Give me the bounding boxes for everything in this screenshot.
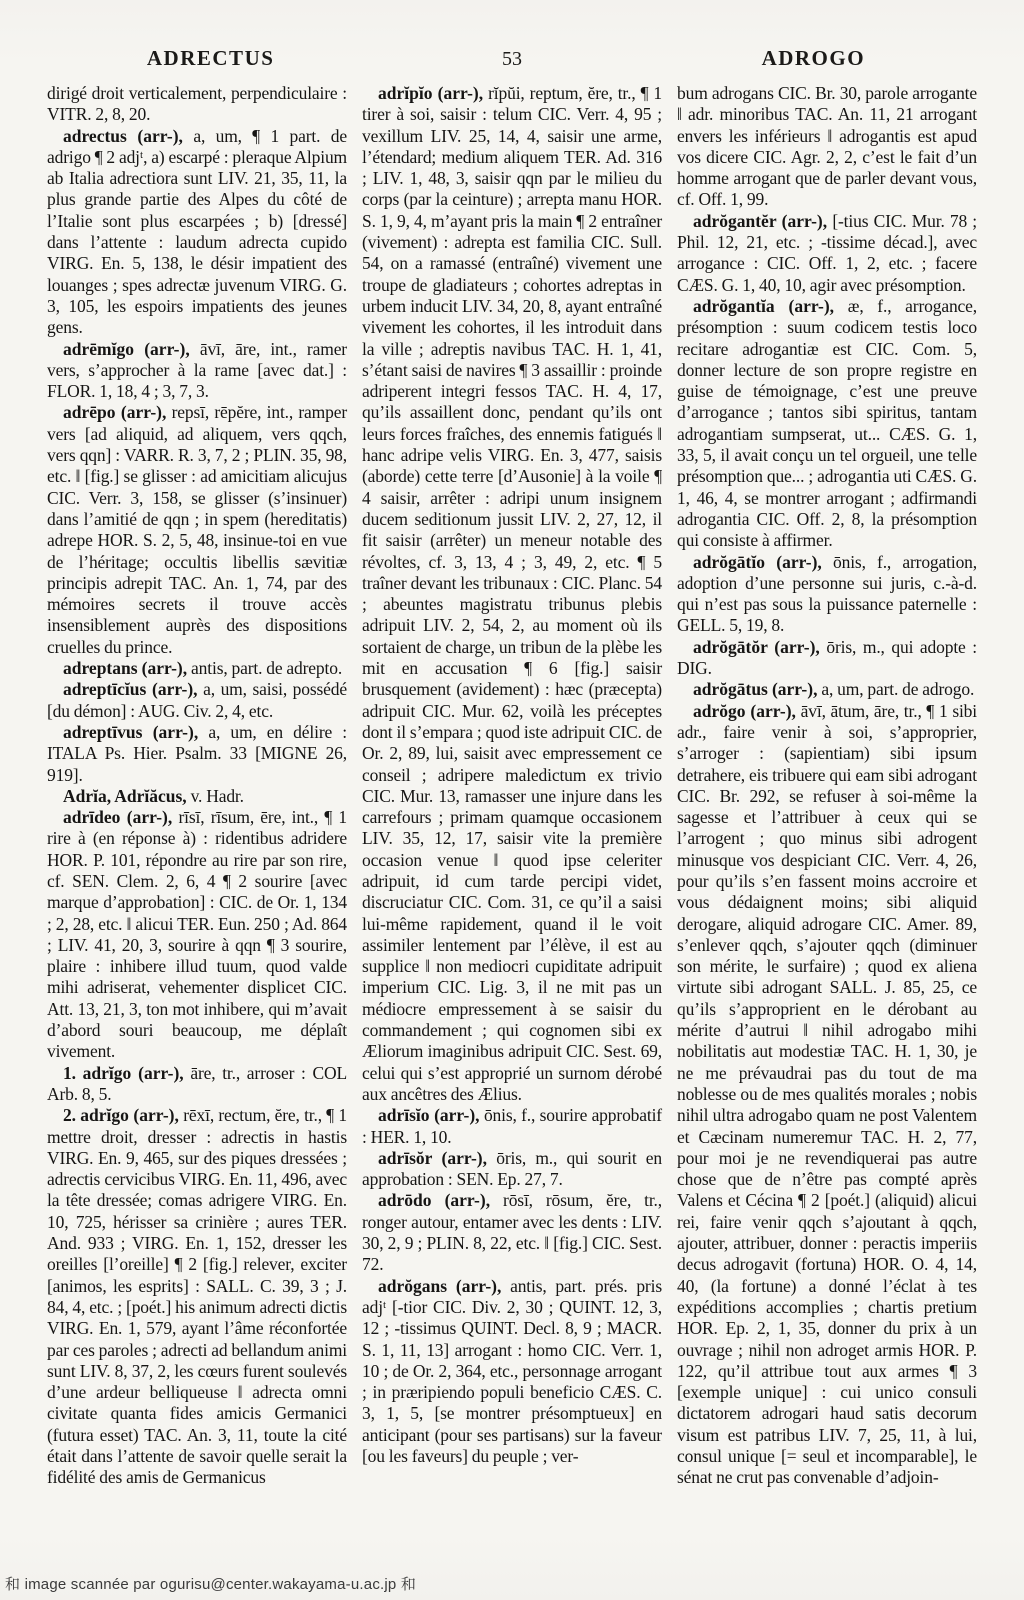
dictionary-entry: adreptans (arr-), antis, part. de adrept… xyxy=(47,658,347,679)
running-head-left-keyword: ADRECTUS xyxy=(147,46,275,70)
dictionary-entry: adrŏgātus (arr-), a, um, part. de adrogo… xyxy=(677,679,977,700)
headword: adreptīvus (arr-), xyxy=(63,722,198,742)
column-left: dirigé droit verticalement, perpendicula… xyxy=(47,83,347,1555)
scan-credit-line: 和 image scannée par ogurisu@center.wakay… xyxy=(5,1573,416,1594)
headword: adrŏgātŏr (arr-), xyxy=(693,637,820,657)
page-number: 53 xyxy=(502,48,522,70)
column-middle: adrĭpĭo (arr-), rĭpŭi, reptum, ĕre, tr.,… xyxy=(362,83,662,1555)
column-right: bum adrogans CIC. Br. 30, parole arrogan… xyxy=(677,83,977,1555)
headword: adrēpo (arr-), xyxy=(63,402,166,422)
dictionary-entry: Adrĭa, Adrĭăcus, v. Hadr. xyxy=(47,786,347,807)
dictionary-entry: adrŏgo (arr-), āvī, ātum, āre, tr., ¶ 1 … xyxy=(677,701,977,1489)
headword: adreptīcĭus (arr-), xyxy=(63,679,198,699)
entry-number: 1. xyxy=(63,1063,76,1083)
headword: adrŏgātus (arr-), xyxy=(693,679,817,699)
dictionary-entry: 2. adrĭgo (arr-), rēxī, rectum, ĕre, tr.… xyxy=(47,1105,347,1488)
headword: adrŏgātĭo (arr-), xyxy=(693,552,822,572)
dictionary-entry: adrīsĭo (arr-), ōnis, f., sourire approb… xyxy=(362,1105,662,1148)
headword: Adrĭa, Adrĭăcus, xyxy=(63,786,187,806)
dictionary-entry: adreptīcĭus (arr-), a, um, saisi, posséd… xyxy=(47,679,347,722)
dictionary-entry: adrīsŏr (arr-), ōris, m., qui sourit en … xyxy=(362,1148,662,1191)
dictionary-entry: adrŏgans (arr-), antis, part. prés. pris… xyxy=(362,1276,662,1468)
running-head: ADRECTUS 53 ADROGO xyxy=(0,0,1024,71)
headword: adrĭgo (arr-), xyxy=(76,1105,179,1125)
dictionary-entry: adrŏgātŏr (arr-), ōris, m., qui adopte :… xyxy=(677,637,977,680)
continuation-paragraph: bum adrogans CIC. Br. 30, parole arrogan… xyxy=(677,83,977,211)
dictionary-entry: adrōdo (arr-), rōsī, rōsum, ĕre, tr., ro… xyxy=(362,1190,662,1275)
headword: adrīsĭo (arr-), xyxy=(378,1105,480,1125)
dictionary-entry: adreptīvus (arr-), a, um, en délire : IT… xyxy=(47,722,347,786)
dictionary-entry: adrŏgantĕr (arr-), [-tius CIC. Mur. 78 ;… xyxy=(677,211,977,296)
headword: adrīsŏr (arr-), xyxy=(378,1148,487,1168)
headword: adreptans (arr-), xyxy=(63,658,187,678)
headword: adrectus (arr-), xyxy=(63,126,183,146)
dictionary-entry: 1. adrĭgo (arr-), āre, tr., arroser : CO… xyxy=(47,1063,347,1106)
dictionary-entry: adrectus (arr-), a, um, ¶ 1 part. de adr… xyxy=(47,126,347,339)
dictionary-entry: adrēmĭgo (arr-), āvī, āre, int., ramer v… xyxy=(47,339,347,403)
scanned-dictionary-page: ADRECTUS 53 ADROGO dirigé droit vertical… xyxy=(0,0,1024,1600)
headword: adrŏgantĕr (arr-), xyxy=(693,211,827,231)
dictionary-entry: adrīdeo (arr-), rīsī, rīsum, ēre, int., … xyxy=(47,807,347,1063)
dictionary-entry: adrŏgātĭo (arr-), ōnis, f., arrogation, … xyxy=(677,552,977,637)
continuation-paragraph: dirigé droit verticalement, perpendicula… xyxy=(47,83,347,126)
headword: adrēmĭgo (arr-), xyxy=(63,339,190,359)
dictionary-entry: adrēpo (arr-), repsī, rēpĕre, int., ramp… xyxy=(47,402,347,658)
headword: adrŏgantĭa (arr-), xyxy=(693,296,834,316)
dictionary-entry: adrĭpĭo (arr-), rĭpŭi, reptum, ĕre, tr.,… xyxy=(362,83,662,1105)
headword: adrŏgans (arr-), xyxy=(378,1276,501,1296)
running-head-right-keyword: ADROGO xyxy=(762,46,866,70)
headword: adrĭpĭo (arr-), xyxy=(378,83,483,103)
headword: adrŏgo (arr-), xyxy=(693,701,796,721)
headword: adrĭgo (arr-), xyxy=(76,1063,184,1083)
text-columns: dirigé droit verticalement, perpendicula… xyxy=(0,71,1024,1555)
dictionary-entry: adrŏgantĭa (arr-), æ, f., arrogance, pré… xyxy=(677,296,977,552)
headword: adrōdo (arr-), xyxy=(378,1190,490,1210)
entry-number: 2. xyxy=(63,1105,76,1125)
headword: adrīdeo (arr-), xyxy=(63,807,172,827)
